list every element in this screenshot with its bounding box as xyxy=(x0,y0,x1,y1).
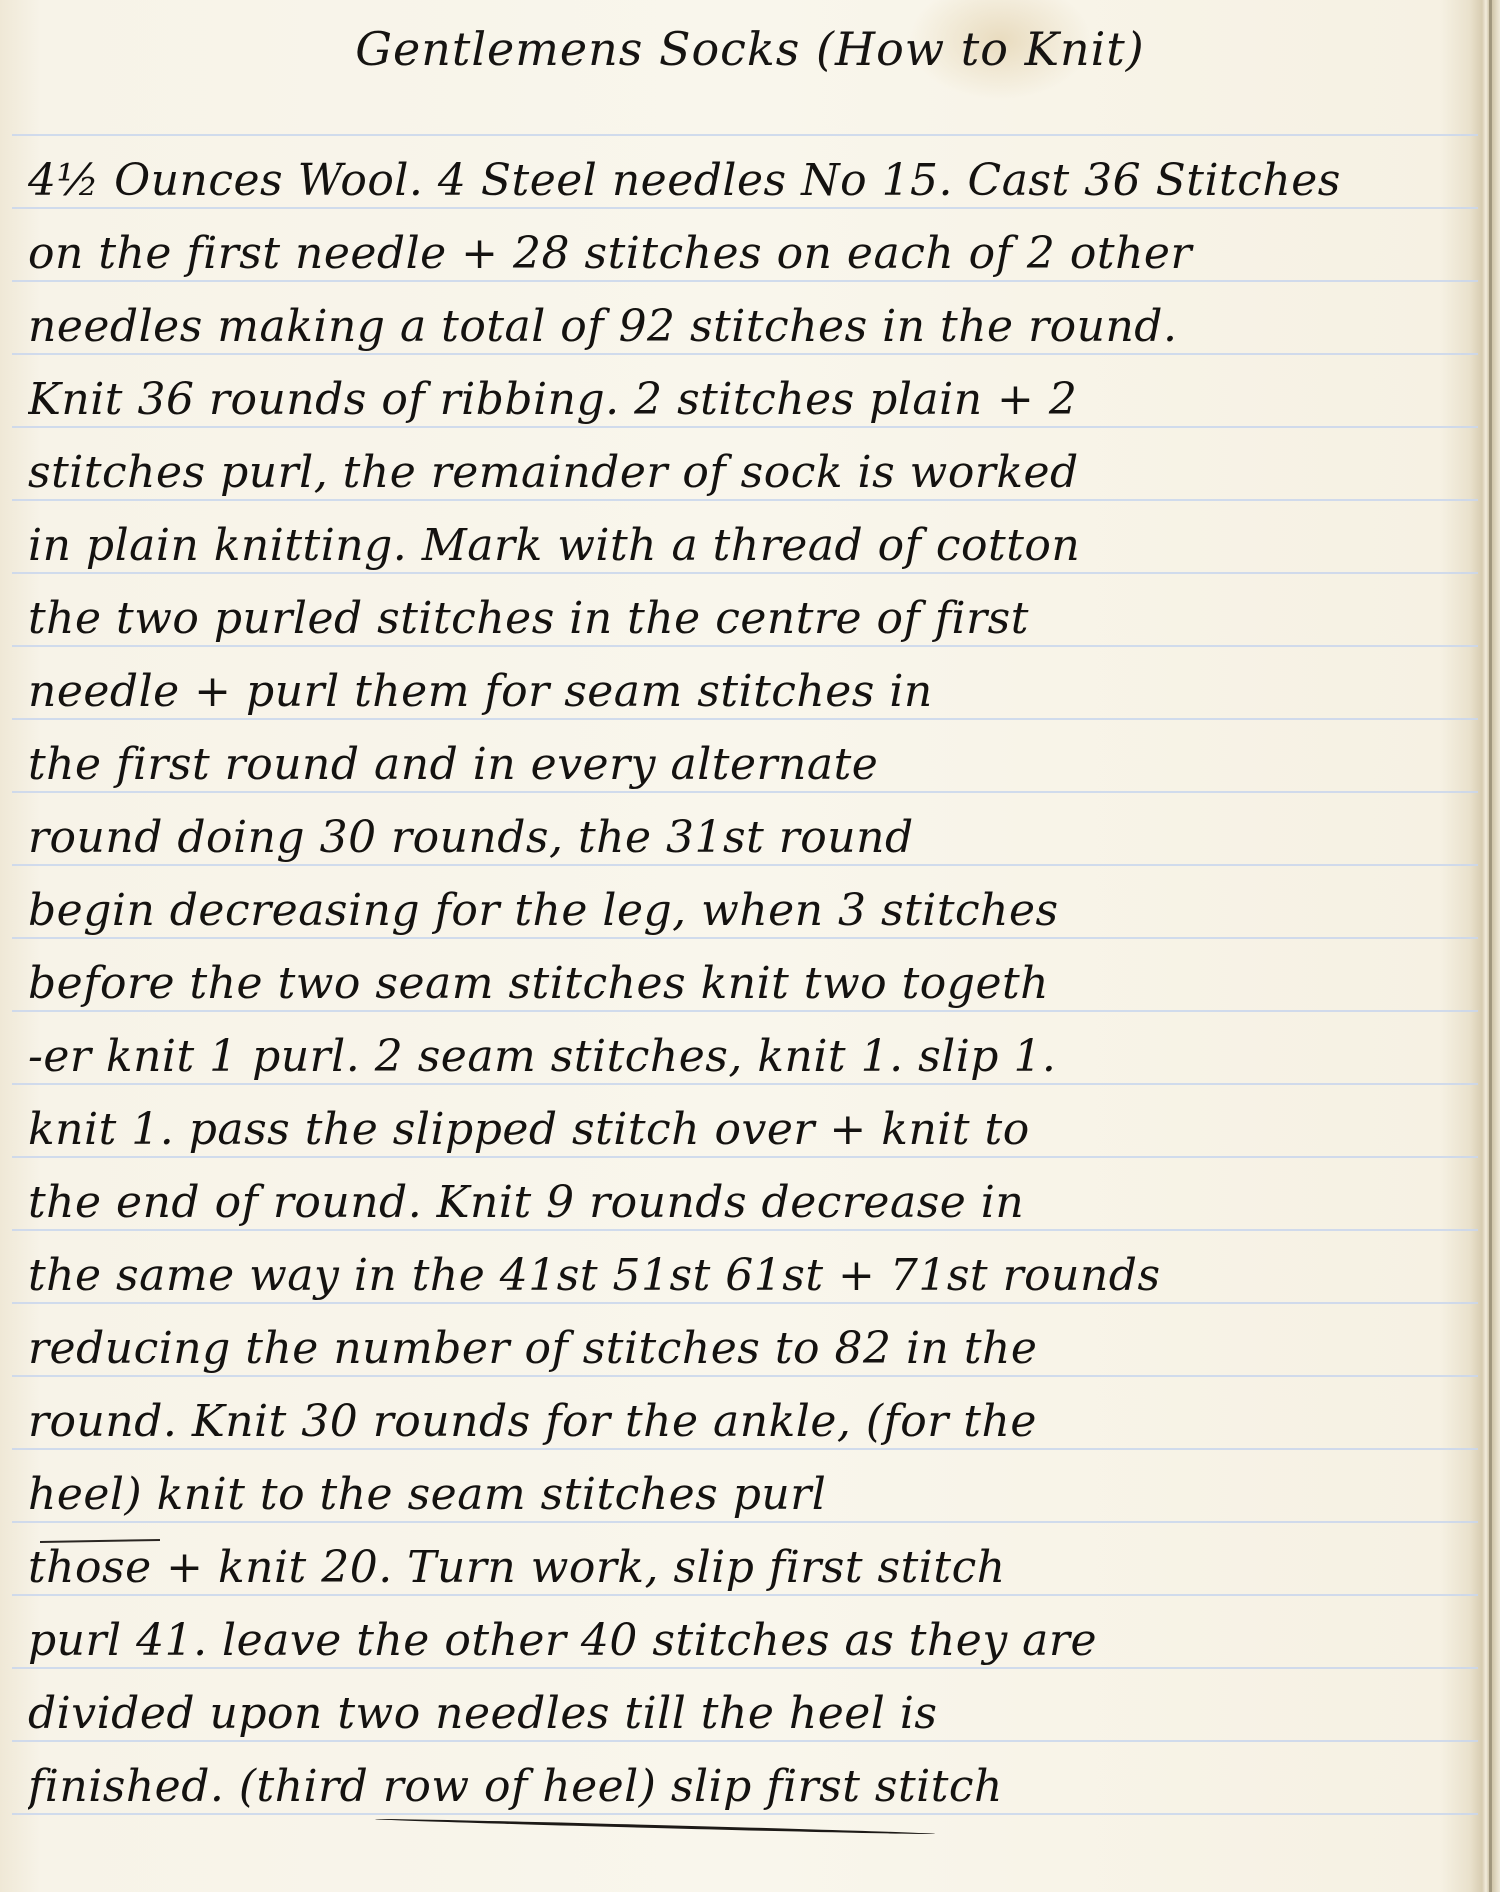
text-line: finished. (third row of heel) slip first… xyxy=(28,1752,1478,1822)
text-line: -er knit 1 purl. 2 seam stitches, knit 1… xyxy=(28,1022,1478,1092)
text-line: needles making a total of 92 stitches in… xyxy=(28,292,1478,362)
text-line: Knit 36 rounds of ribbing. 2 stitches pl… xyxy=(28,365,1478,435)
text-line: those + knit 20. Turn work, slip first s… xyxy=(28,1533,1478,1603)
text-line: divided upon two needles till the heel i… xyxy=(28,1679,1478,1749)
page-edge xyxy=(1489,0,1492,1892)
ruled-line xyxy=(12,134,1478,136)
text-line: stitches purl, the remainder of sock is … xyxy=(28,438,1478,508)
text-line: the same way in the 41st 51st 61st + 71s… xyxy=(28,1241,1478,1311)
text-line: the first round and in every alternate xyxy=(28,730,1478,800)
text-line: the two purled stitches in the centre of… xyxy=(28,584,1478,654)
page-title: Gentlemens Socks (How to Knit) xyxy=(0,22,1500,76)
text-line: the end of round. Knit 9 rounds decrease… xyxy=(28,1168,1478,1238)
text-line: needle + purl them for seam stitches in xyxy=(28,657,1478,727)
text-line: 4½ Ounces Wool. 4 Steel needles No 15. C… xyxy=(28,146,1478,216)
text-line: purl 41. leave the other 40 stitches as … xyxy=(28,1606,1478,1676)
text-line: reducing the number of stitches to 82 in… xyxy=(28,1314,1478,1384)
text-line: round doing 30 rounds, the 31st round xyxy=(28,803,1478,873)
text-line: knit 1. pass the slipped stitch over + k… xyxy=(28,1095,1478,1165)
notebook-page: Gentlemens Socks (How to Knit) 4½ Ounces… xyxy=(0,0,1500,1892)
text-line: before the two seam stitches knit two to… xyxy=(28,949,1478,1019)
text-line: in plain knitting. Mark with a thread of… xyxy=(28,511,1478,581)
text-line: begin decreasing for the leg, when 3 sti… xyxy=(28,876,1478,946)
text-line: heel) knit to the seam stitches purl xyxy=(28,1460,1478,1530)
text-line: round. Knit 30 rounds for the ankle, (fo… xyxy=(28,1387,1478,1457)
text-line: on the first needle + 28 stitches on eac… xyxy=(28,219,1478,289)
